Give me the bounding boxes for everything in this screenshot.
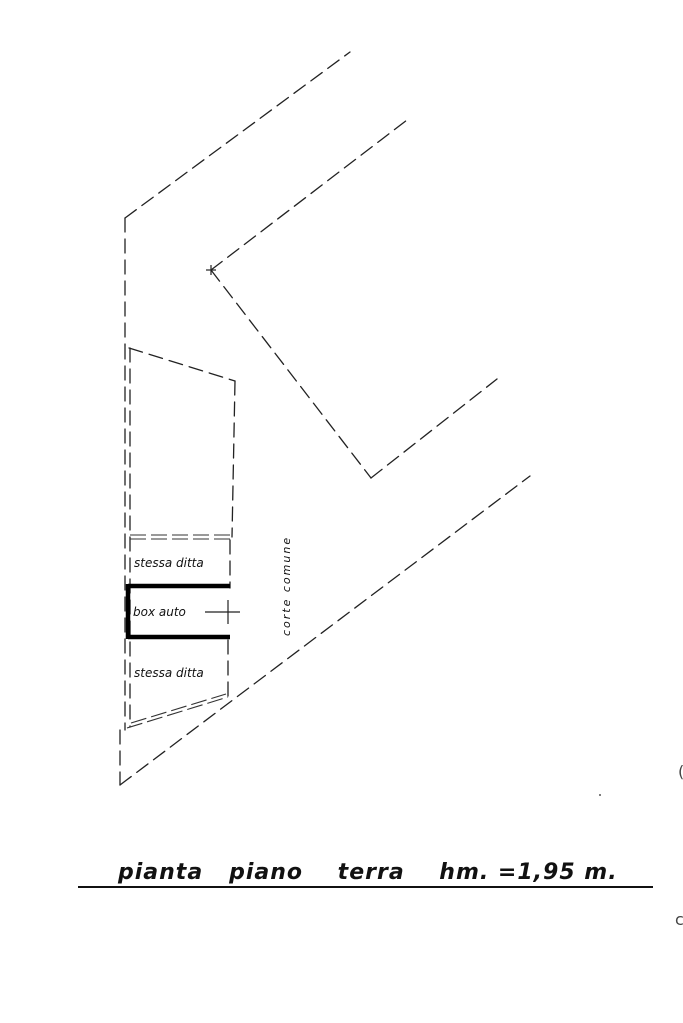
title-underline: [78, 886, 653, 888]
lower-unit-label: stessa ditta: [134, 666, 204, 680]
drawing-title-text: pianta piano terra hm. =1,95 m.: [118, 860, 618, 885]
upper-unit-label: stessa ditta: [134, 556, 204, 570]
scan-speck: [599, 794, 601, 796]
courtyard-boundary: [206, 120, 497, 478]
drawing-title: pianta piano terra hm. =1,95 m.: [78, 858, 653, 888]
courtyard-label: corte comune: [280, 536, 293, 636]
edge-mark-top: (: [678, 762, 683, 781]
edge-mark-bottom: c: [675, 910, 683, 929]
garage-label: box auto: [133, 605, 186, 619]
